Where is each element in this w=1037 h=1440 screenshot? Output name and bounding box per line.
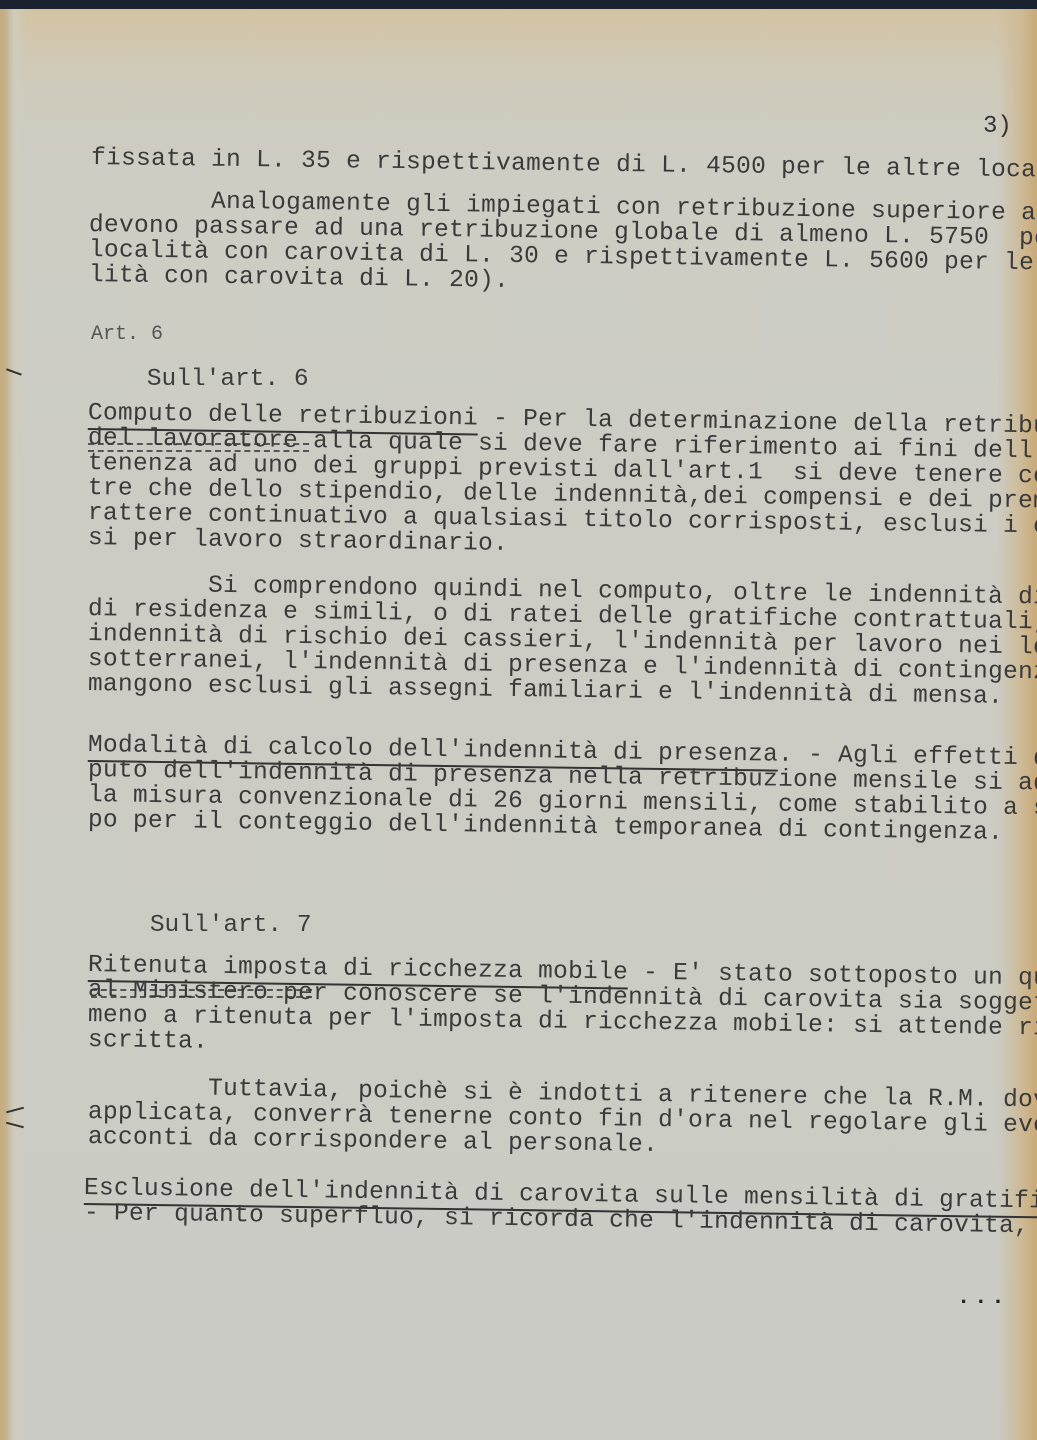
document-page: 3) fissata in L. 35 e rispettivamente di… [0, 9, 1037, 1440]
page-number: 3) [983, 113, 1012, 140]
margin-mark [6, 1122, 24, 1128]
margin-mark [6, 368, 22, 375]
continuation-mark: ... [957, 1285, 1009, 1310]
text-line: lità con carovita di L. 20). [89, 264, 509, 294]
text-line: acconti da corrispondere al personale. [88, 1126, 658, 1158]
section-heading-text: Sull'art. 6 [147, 366, 309, 393]
overstruck-heading: Art. 6 [91, 325, 163, 345]
margin-mark [6, 1107, 24, 1113]
text-line: si per lavoro straordinario. [88, 527, 508, 557]
text-line: scritta. [88, 1029, 208, 1055]
text-line: fissata in L. 35 e rispettivamente di L.… [91, 147, 1037, 185]
section-heading-text: Sull'art. 7 [150, 912, 312, 939]
